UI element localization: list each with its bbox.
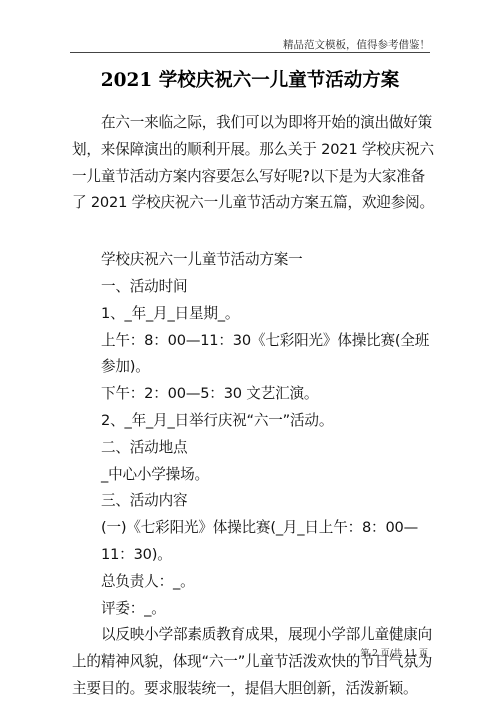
header-divider — [70, 52, 430, 53]
list-item: 下午：2：00—5：30 文艺汇演。 — [72, 381, 434, 408]
list-item: 1、_年_月_日星期_。 — [72, 301, 434, 328]
closing-paragraph: 以反映小学部素质教育成果，展现小学部儿童健康向上的精神风貌，体现“六一”儿童节活… — [72, 622, 434, 702]
header-note: 精品范文模板，值得参考借鉴！ — [283, 37, 430, 52]
list-item: (一)《七彩阳光》体操比赛(_月_日上午：8：00—11：30)。 — [72, 515, 434, 569]
document-body: 在六一来临之际，我们可以为即将开始的演出做好策划，来保障演出的顺利开展。那么关于… — [72, 110, 434, 703]
list-item: 三、活动内容 — [72, 488, 434, 515]
list-item: 评委：_。 — [72, 596, 434, 623]
document-title: 2021 学校庆祝六一儿童节活动方案 — [0, 66, 500, 92]
list-item: 2、_年_月_日举行庆祝“六一”活动。 — [72, 408, 434, 435]
list-item: _中心小学操场。 — [72, 462, 434, 489]
list-item: 一、活动时间 — [72, 274, 434, 301]
intro-paragraph: 在六一来临之际，我们可以为即将开始的演出做好策划，来保障演出的顺利开展。那么关于… — [72, 110, 434, 217]
list-item: 二、活动地点 — [72, 435, 434, 462]
paragraph-gap — [72, 217, 434, 243]
page-number: 第 2 页/共 11 页 — [360, 646, 428, 659]
list-item: 上午：8：00—11：30《七彩阳光》体操比赛(全班参加)。 — [72, 328, 434, 382]
section-heading: 学校庆祝六一儿童节活动方案一 — [72, 247, 434, 274]
list-item: 总负责人：_。 — [72, 569, 434, 596]
